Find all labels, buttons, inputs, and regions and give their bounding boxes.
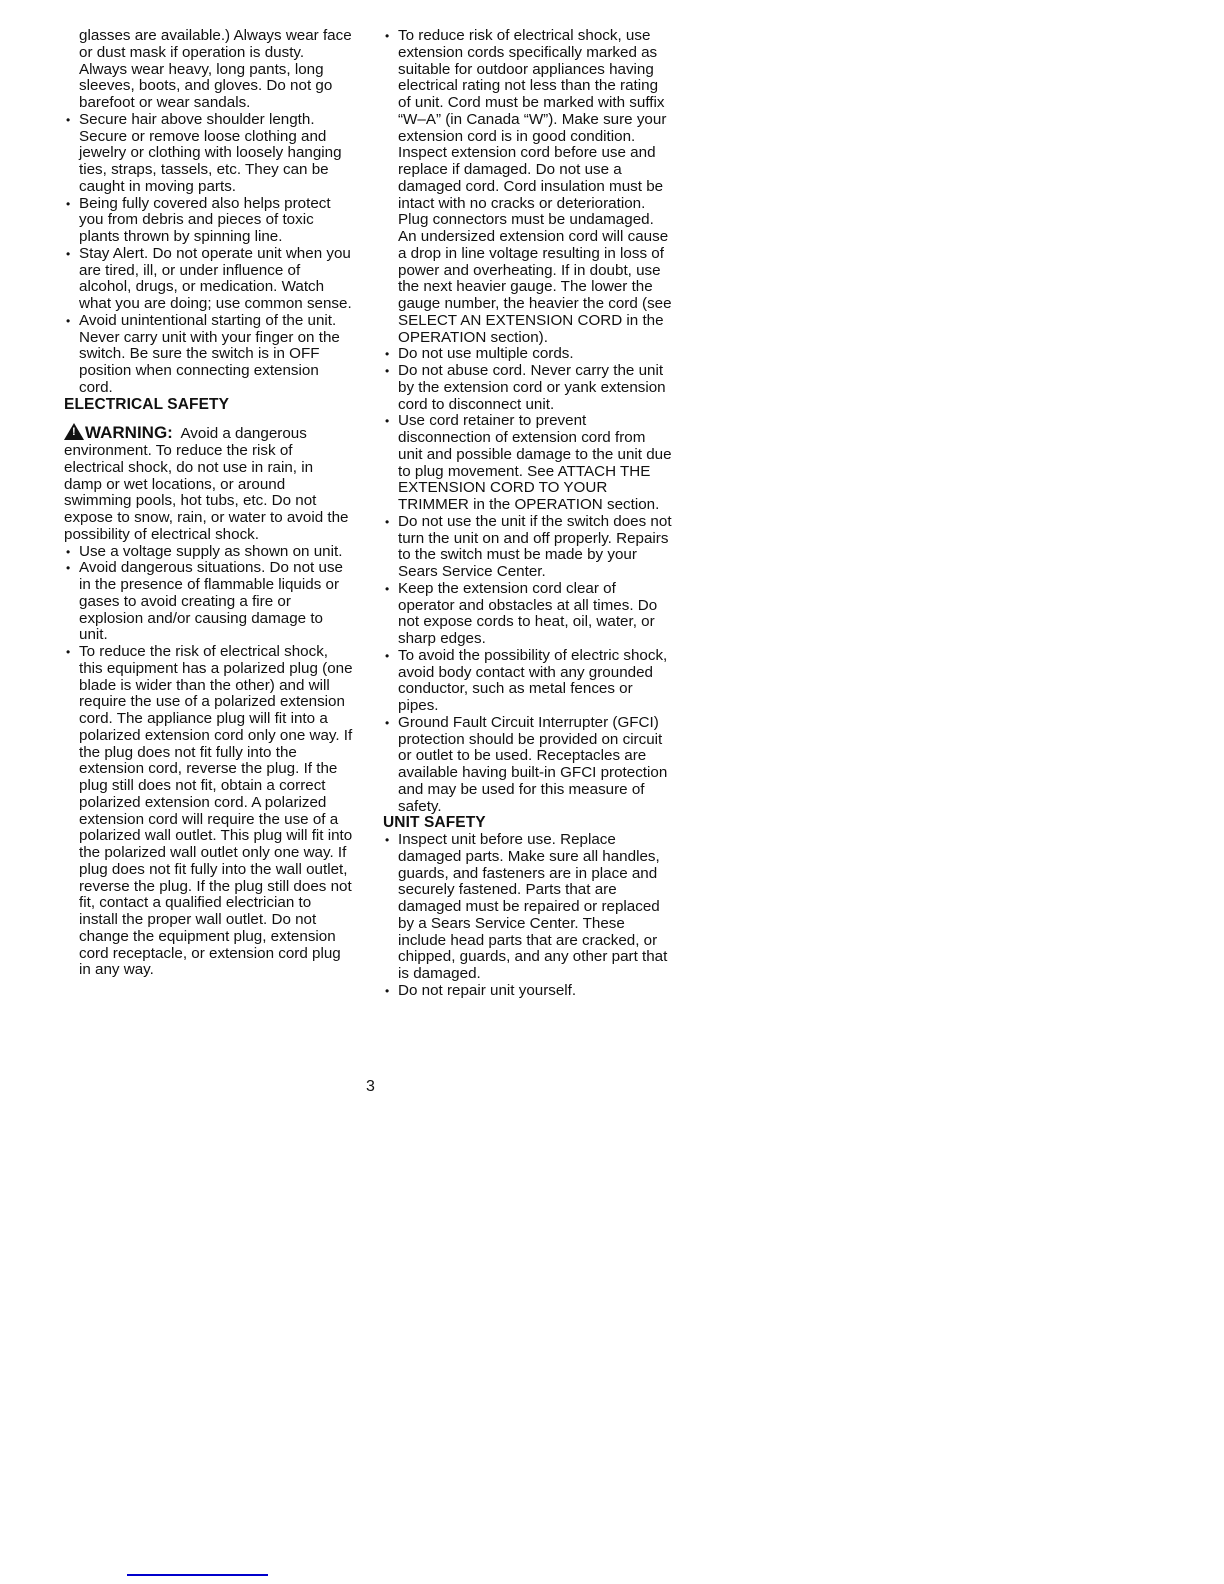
- list-item: Stay Alert. Do not operate unit when you…: [64, 246, 354, 313]
- list-item: Inspect unit before use. Replace damaged…: [383, 832, 673, 983]
- unit-safety-heading: UNIT SAFETY: [383, 815, 673, 832]
- list-item: Do not repair unit yourself.: [383, 983, 673, 1000]
- list-item: Keep the extension cord clear of operato…: [383, 581, 673, 648]
- list-item: Avoid unintentional starting of the unit…: [64, 313, 354, 397]
- list-item: Do not use the unit if the switch does n…: [383, 514, 673, 581]
- page-number: 3: [366, 1078, 375, 1096]
- right-column: To reduce risk of electrical shock, use …: [383, 28, 673, 1000]
- list-item: Do not use multiple cords.: [383, 346, 673, 363]
- intro-continuation: glasses are available.) Always wear face…: [64, 28, 354, 112]
- warning-block: WARNING: Avoid a dangerous environment. …: [64, 423, 354, 543]
- warning-text: Avoid a dangerous environment. To reduce…: [64, 425, 349, 543]
- list-item: To reduce risk of electrical shock, use …: [383, 28, 673, 346]
- list-item: Being fully covered also helps protect y…: [64, 196, 354, 246]
- footer-rule: [127, 1574, 268, 1576]
- warning-triangle-icon: [64, 423, 84, 440]
- list-item: Avoid dangerous situations. Do not use i…: [64, 560, 354, 644]
- list-item: Use a voltage supply as shown on unit.: [64, 544, 354, 561]
- list-item: Use cord retainer to prevent disconnecti…: [383, 413, 673, 514]
- list-item: Ground Fault Circuit Interrupter (GFCI) …: [383, 715, 673, 816]
- list-item: Do not abuse cord. Never carry the unit …: [383, 363, 673, 413]
- electrical-safety-list: Use a voltage supply as shown on unit. A…: [64, 544, 354, 980]
- list-item: Secure hair above shoulder length. Secur…: [64, 112, 354, 196]
- list-item: To reduce the risk of electrical shock, …: [64, 644, 354, 979]
- electrical-safety-heading: ELECTRICAL SAFETY: [64, 397, 354, 414]
- unit-safety-list: Inspect unit before use. Replace damaged…: [383, 832, 673, 1000]
- personal-safety-list: Secure hair above shoulder length. Secur…: [64, 112, 354, 397]
- warning-label: WARNING:: [85, 423, 173, 442]
- extension-cord-list: To reduce risk of electrical shock, use …: [383, 28, 673, 815]
- left-column: glasses are available.) Always wear face…: [64, 28, 354, 979]
- list-item: To avoid the possibility of electric sho…: [383, 648, 673, 715]
